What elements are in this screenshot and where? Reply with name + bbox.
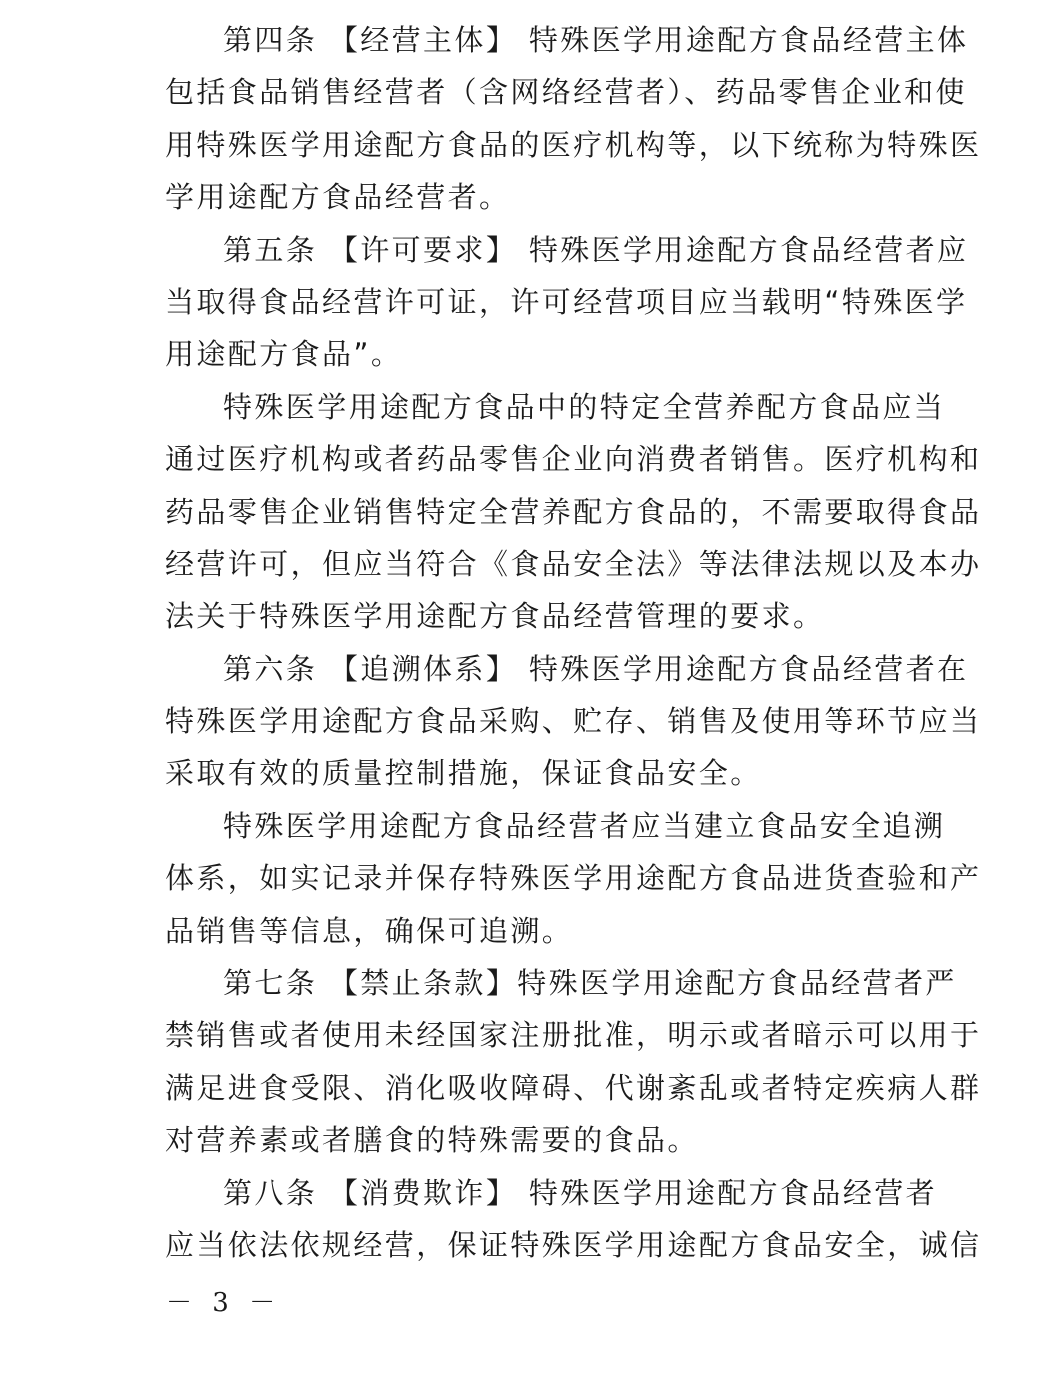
text-line: 用特殊医学用途配方食品的医疗机构等，以下统称为特殊医 <box>165 119 917 171</box>
text-line: 用途配方食品”。 <box>165 328 917 380</box>
paragraph-article-4: 第四条 【经营主体】 特殊医学用途配方食品经营主体 包括食品销售经营者（含网络经… <box>165 14 917 224</box>
text-line: 品销售等信息，确保可追溯。 <box>165 905 917 957</box>
text-line: 体系，如实记录并保存特殊医学用途配方食品进货查验和产 <box>165 852 917 904</box>
text-line: 当取得食品经营许可证，许可经营项目应当载明“特殊医学 <box>165 276 917 328</box>
text-line: 特殊医学用途配方食品采购、贮存、销售及使用等环节应当 <box>165 695 917 747</box>
paragraph-article-7: 第七条 【禁止条款】特殊医学用途配方食品经营者严 禁销售或者使用未经国家注册批准… <box>165 957 917 1167</box>
text-line: 特殊医学用途配方食品经营者应当建立食品安全追溯 <box>165 800 917 852</box>
text-line: 禁销售或者使用未经国家注册批准，明示或者暗示可以用于 <box>165 1009 917 1061</box>
text-line: 法关于特殊医学用途配方食品经营管理的要求。 <box>165 590 917 642</box>
text-line: 特殊医学用途配方食品中的特定全营养配方食品应当 <box>165 381 917 433</box>
text-line: 满足进食受限、消化吸收障碍、代谢紊乱或者特定疾病人群 <box>165 1062 917 1114</box>
text-line: 通过医疗机构或者药品零售企业向消费者销售。医疗机构和 <box>165 433 917 485</box>
text-line: 第七条 【禁止条款】特殊医学用途配方食品经营者严 <box>165 957 917 1009</box>
text-line: 采取有效的质量控制措施，保证食品安全。 <box>165 747 917 799</box>
text-line: 应当依法依规经营，保证特殊医学用途配方食品安全，诚信 <box>165 1219 917 1271</box>
text-line: 学用途配方食品经营者。 <box>165 171 917 223</box>
paragraph-article-5: 第五条 【许可要求】 特殊医学用途配方食品经营者应 当取得食品经营许可证，许可经… <box>165 224 917 381</box>
text-line: 第六条 【追溯体系】 特殊医学用途配方食品经营者在 <box>165 643 917 695</box>
page-number: － 3 － <box>166 1282 281 1319</box>
text-line: 经营许可，但应当符合《食品安全法》等法律法规以及本办 <box>165 538 917 590</box>
text-line: 第五条 【许可要求】 特殊医学用途配方食品经营者应 <box>165 224 917 276</box>
text-line: 包括食品销售经营者（含网络经营者）、药品零售企业和使 <box>165 66 917 118</box>
text-line: 对营养素或者膳食的特殊需要的食品。 <box>165 1114 917 1166</box>
text-line: 药品零售企业销售特定全营养配方食品的，不需要取得食品 <box>165 486 917 538</box>
paragraph-article-5-continued: 特殊医学用途配方食品中的特定全营养配方食品应当 通过医疗机构或者药品零售企业向消… <box>165 381 917 643</box>
paragraph-article-6-continued: 特殊医学用途配方食品经营者应当建立食品安全追溯 体系，如实记录并保存特殊医学用途… <box>165 800 917 957</box>
paragraph-article-6: 第六条 【追溯体系】 特殊医学用途配方食品经营者在 特殊医学用途配方食品采购、贮… <box>165 643 917 800</box>
text-line: 第八条 【消费欺诈】 特殊医学用途配方食品经营者 <box>165 1167 917 1219</box>
document-body: 第四条 【经营主体】 特殊医学用途配方食品经营主体 包括食品销售经营者（含网络经… <box>165 14 917 1271</box>
text-line: 第四条 【经营主体】 特殊医学用途配方食品经营主体 <box>165 14 917 66</box>
paragraph-article-8: 第八条 【消费欺诈】 特殊医学用途配方食品经营者 应当依法依规经营，保证特殊医学… <box>165 1167 917 1272</box>
